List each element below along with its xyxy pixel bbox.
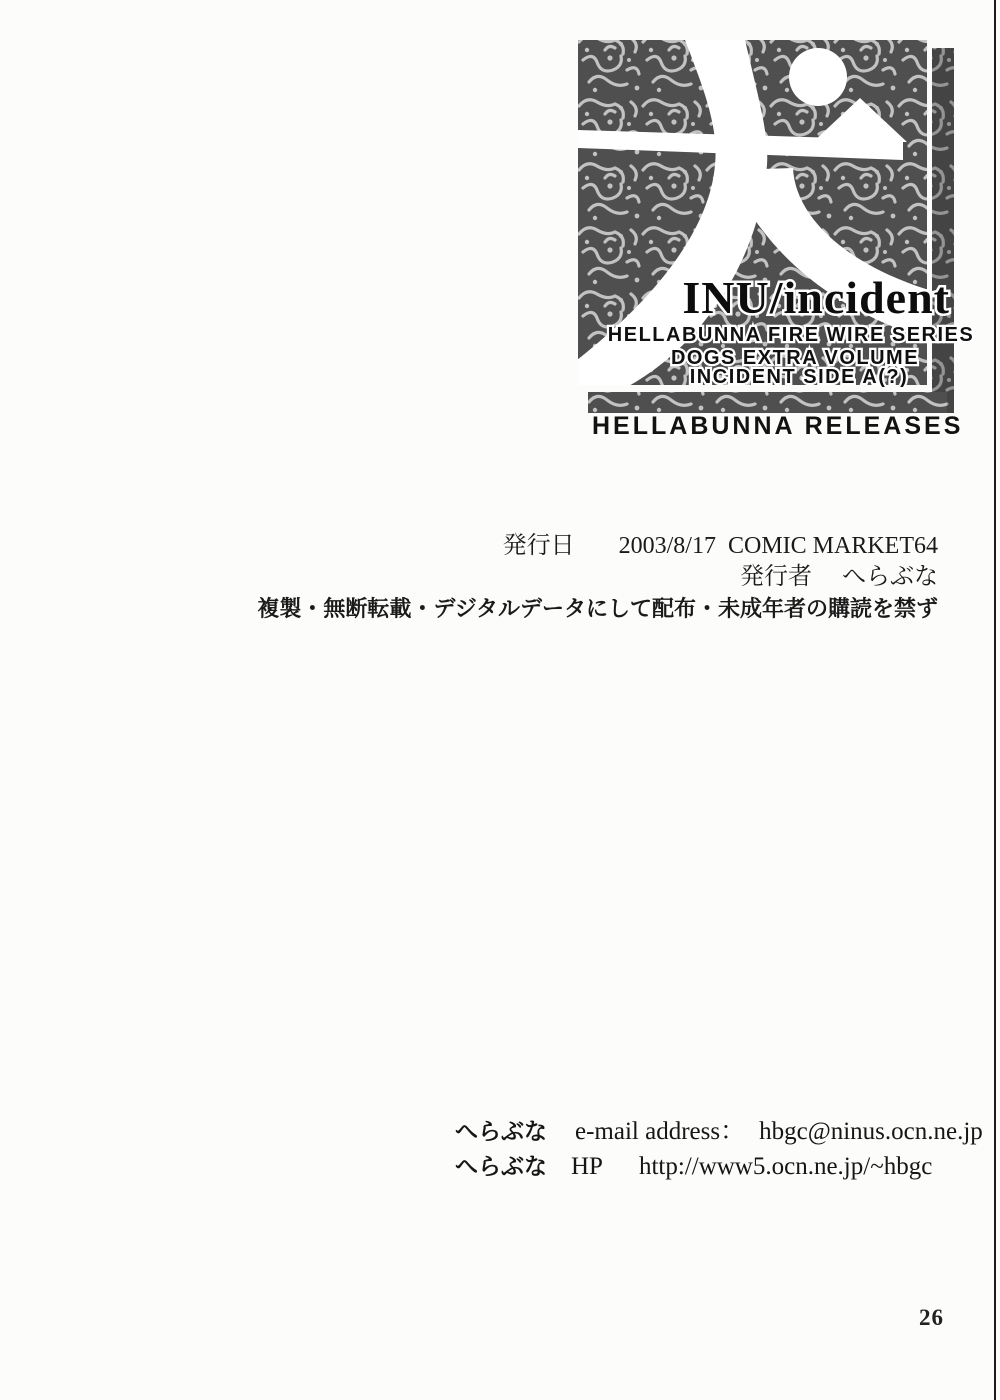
email-value: hbgc@ninus.ocn.ne.jp: [759, 1118, 983, 1145]
email-label: e-mail address：: [575, 1118, 745, 1145]
circle-name: へらぶな: [455, 1118, 547, 1144]
bottom-pattern-strip: [588, 392, 947, 413]
contact-row-homepage: へらぶなHPhttp://www5.ocn.ne.jp/~hbgc: [455, 1149, 983, 1184]
homepage-label: HP: [571, 1153, 603, 1180]
right-pattern-strip-shade: [932, 48, 954, 413]
kanji-dot: [789, 48, 847, 106]
reproduction-notice: 複製・無断転載・デジタルデータにして配布・未成年者の購読を禁ず: [257, 593, 938, 625]
graphic-subtitle-1: HELLABUNNA FIRE WIRE SERIES: [608, 324, 974, 346]
circle-name: へらぶな: [455, 1153, 547, 1179]
colophon-block: 発行日2003/8/17COMIC MARKET64 発行者へらぶな 複製・無断…: [257, 531, 938, 625]
scan-edge-line: [994, 0, 996, 1400]
header-graphic: 犬 INU/incident HELLABUNNA FIRE WIRE SERI…: [577, 30, 997, 415]
homepage-url: http://www5.ocn.ne.jp/~hbgc: [639, 1153, 932, 1180]
contact-block: へらぶなe-mail address：hbgc@ninus.ocn.ne.jp …: [455, 1114, 983, 1184]
contact-row-email: へらぶなe-mail address：hbgc@ninus.ocn.ne.jp: [455, 1114, 983, 1149]
releases-label: HELLABUNNA RELEASES: [592, 412, 952, 441]
scanned-doujin-colophon-page: 犬 INU/incident HELLABUNNA FIRE WIRE SERI…: [0, 0, 1000, 1400]
page-number: 26: [919, 1305, 944, 1331]
publisher-name: へらぶな: [842, 564, 938, 590]
date-label: 発行日: [503, 533, 575, 559]
publisher-label: 発行者: [740, 564, 812, 590]
date-value: 2003/8/17: [619, 533, 716, 559]
publication-date-row: 発行日2003/8/17COMIC MARKET64: [257, 531, 938, 562]
publisher-row: 発行者へらぶな: [257, 562, 938, 593]
graphic-subtitle-3: INCIDENT SIDE A(?): [690, 366, 908, 388]
event-name: COMIC MARKET64: [728, 533, 938, 559]
graphic-title: INU/incident: [682, 272, 950, 323]
